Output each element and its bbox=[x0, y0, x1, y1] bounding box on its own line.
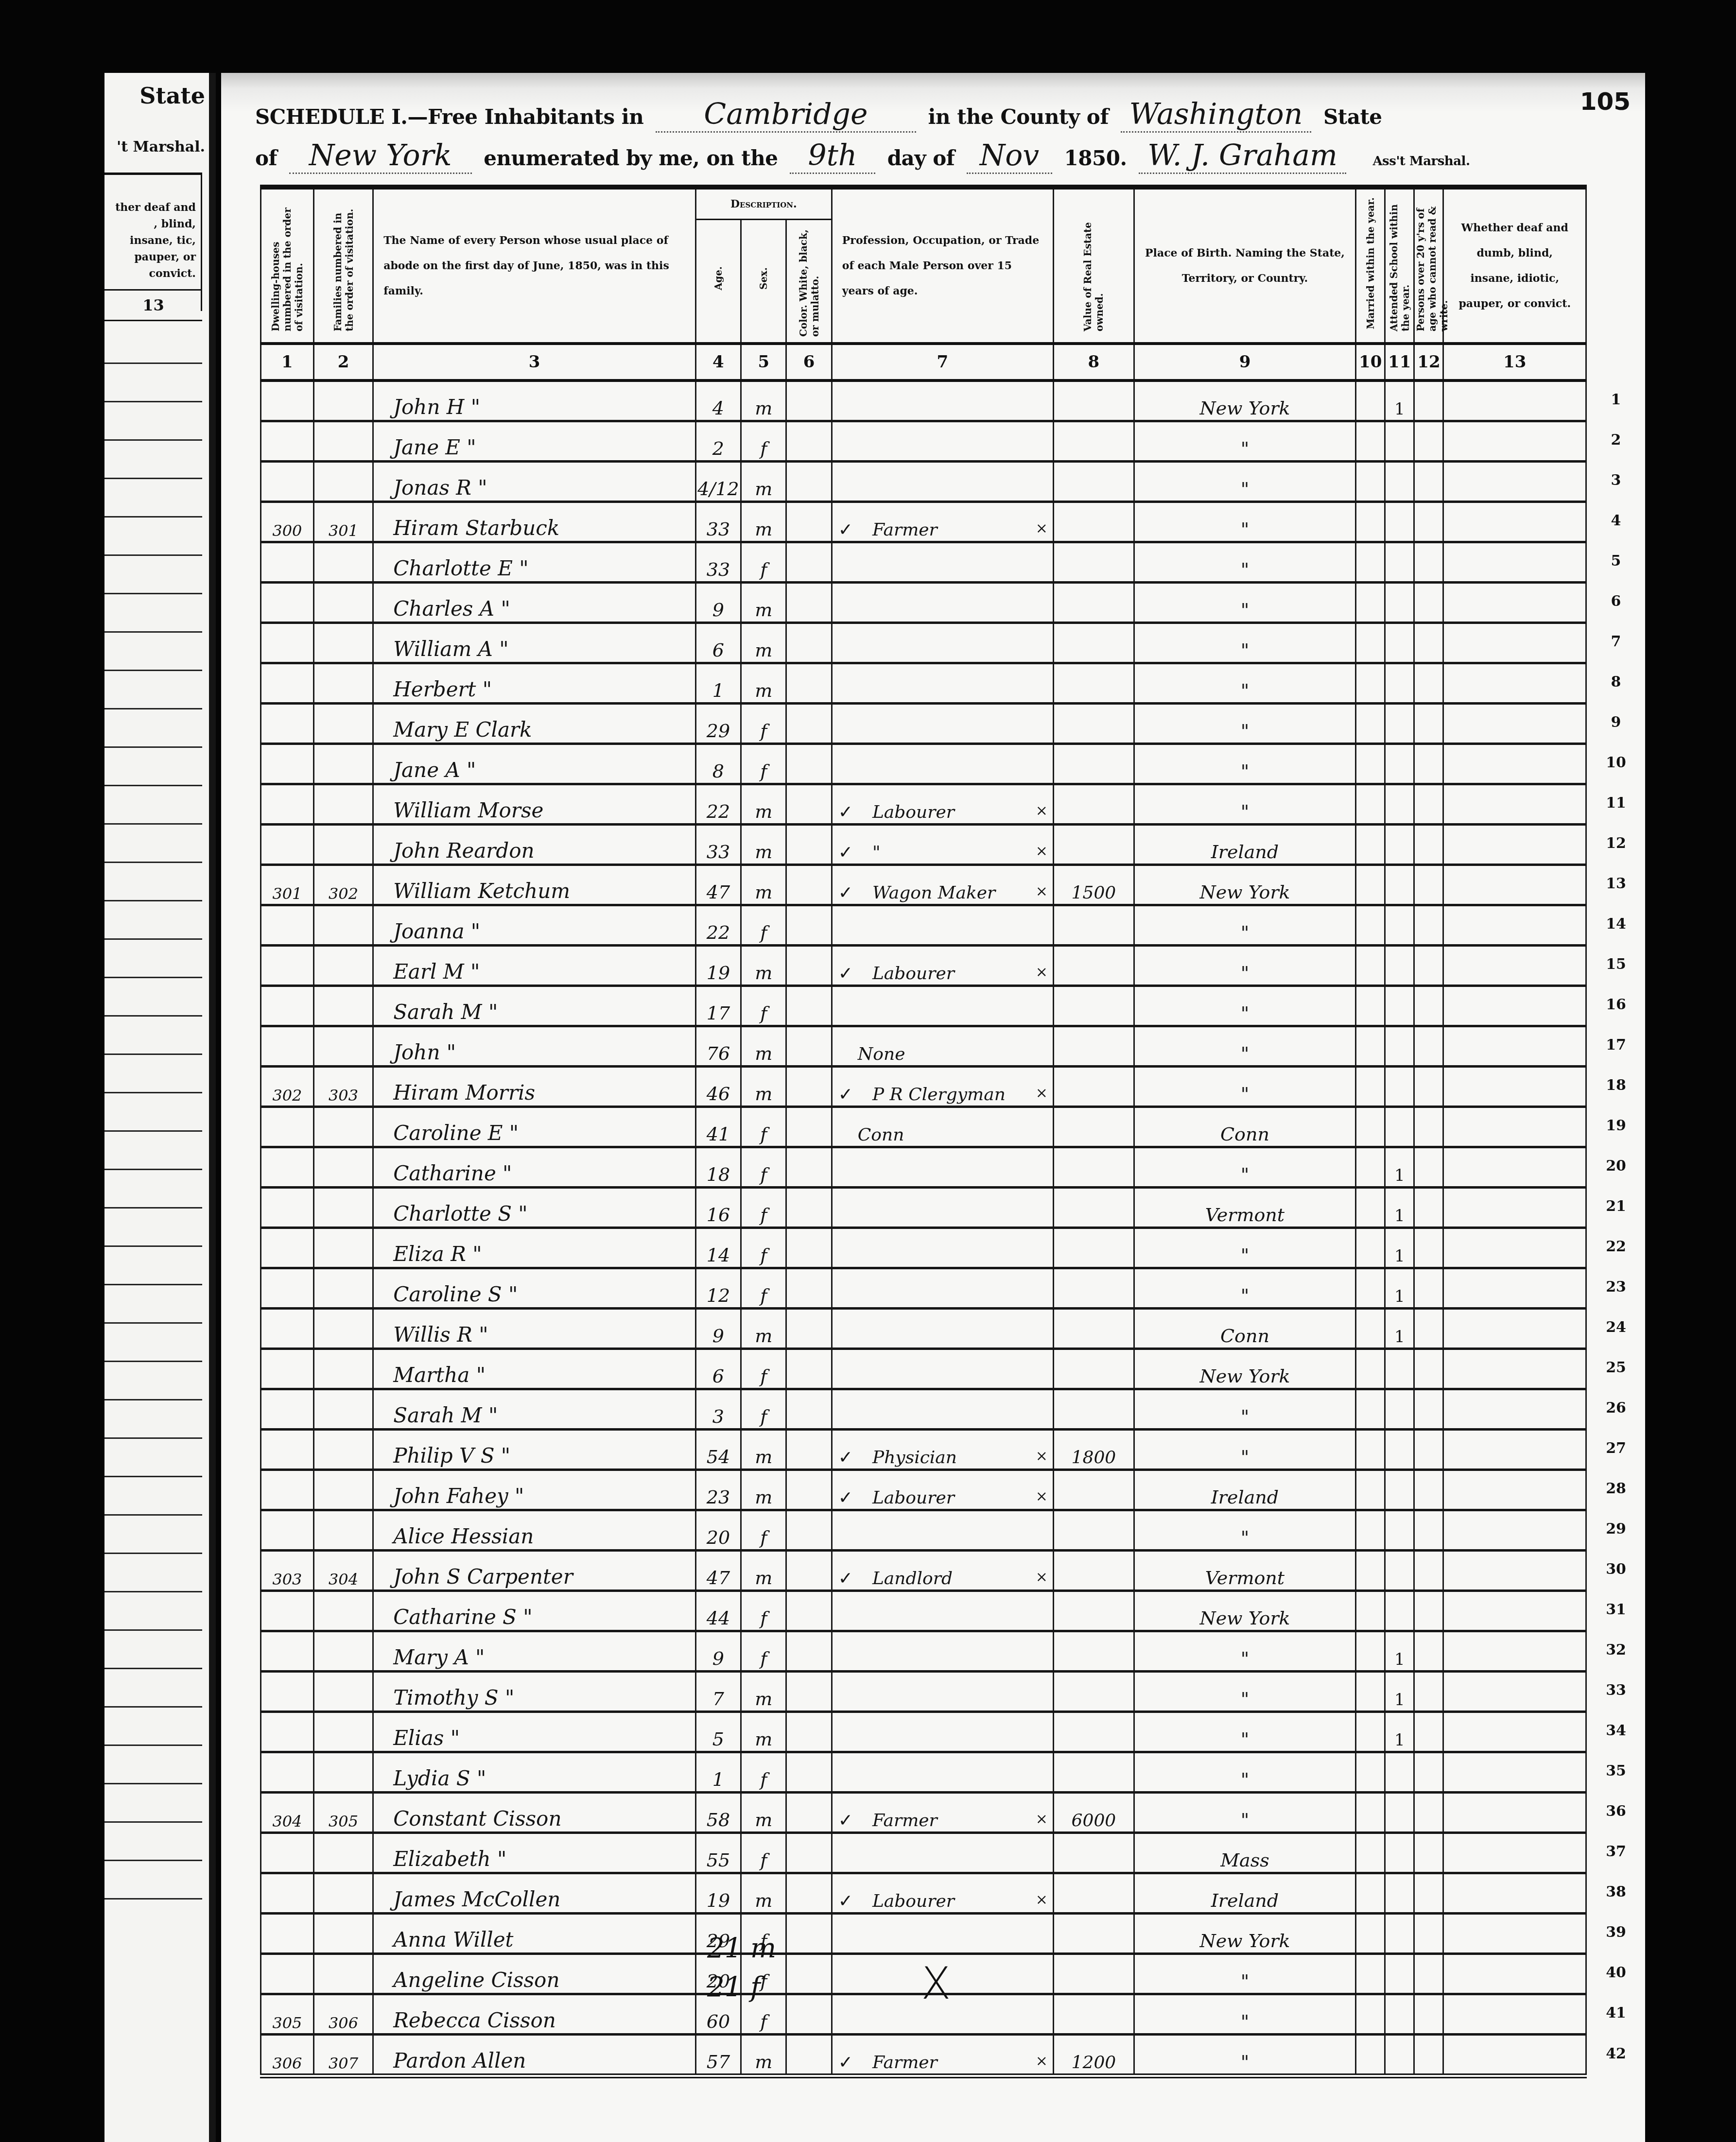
illiterate-cell bbox=[1414, 1793, 1443, 1833]
married-cell bbox=[1356, 986, 1385, 1026]
family-cell bbox=[313, 1914, 373, 1954]
sex-cell: m bbox=[741, 462, 786, 502]
birthplace-cell: " bbox=[1134, 986, 1355, 1026]
occupation-cell bbox=[832, 986, 1053, 1026]
illiterate-cell bbox=[1414, 1309, 1443, 1349]
sex-cell: m bbox=[741, 1470, 786, 1510]
family-cell bbox=[313, 380, 373, 421]
name-cell: Rebecca Cisson bbox=[373, 1994, 696, 2035]
married-cell bbox=[1356, 784, 1385, 825]
name-cell: Alice Hessian bbox=[373, 1510, 696, 1551]
age-cell: 33 bbox=[695, 542, 741, 583]
col-number: 5 bbox=[741, 344, 786, 380]
school-cell bbox=[1385, 1470, 1414, 1510]
age-cell: 33 bbox=[695, 825, 741, 865]
x-mark-icon: × bbox=[1036, 520, 1048, 537]
sex-cell: f bbox=[741, 1631, 786, 1672]
table-row: Herbert "1m" bbox=[261, 663, 1586, 704]
disability-cell bbox=[1443, 986, 1586, 1026]
name-cell: Elias " bbox=[373, 1712, 696, 1752]
sex-cell: f bbox=[741, 1228, 786, 1268]
census-page: SCHEDULE I.—Free Inhabitants in Cambridg… bbox=[221, 73, 1645, 2142]
real-estate-cell bbox=[1053, 1591, 1134, 1631]
disability-cell bbox=[1443, 1914, 1586, 1954]
disability-cell bbox=[1443, 462, 1586, 502]
occupation-cell bbox=[832, 663, 1053, 704]
married-cell bbox=[1356, 1591, 1385, 1631]
check-mark-icon: ✓ bbox=[838, 802, 853, 822]
sex-cell: f bbox=[741, 1147, 786, 1188]
real-estate-cell bbox=[1053, 583, 1134, 623]
sex-cell: m bbox=[741, 1067, 786, 1107]
school-cell bbox=[1385, 462, 1414, 502]
sex-cell: f bbox=[741, 1349, 786, 1389]
marshal-label: Ass't Marshal. bbox=[1372, 154, 1470, 169]
x-mark-icon: × bbox=[1036, 1811, 1048, 1828]
occupation-cell bbox=[832, 1914, 1053, 1954]
illiterate-cell bbox=[1414, 1228, 1443, 1268]
line-number: 3 bbox=[1597, 472, 1635, 489]
name-cell: Herbert " bbox=[373, 663, 696, 704]
county-label: in the County of bbox=[928, 105, 1109, 129]
school-cell bbox=[1385, 704, 1414, 744]
table-row: 300301Hiram Starbuck33m✓Farmer×" bbox=[261, 502, 1586, 542]
color-cell bbox=[786, 1430, 832, 1470]
birthplace-cell: " bbox=[1134, 1268, 1355, 1309]
table-row: William A "6m" bbox=[261, 623, 1586, 663]
age-cell: 12 bbox=[695, 1268, 741, 1309]
age-cell: 19 bbox=[695, 946, 741, 986]
disability-cell bbox=[1443, 502, 1586, 542]
illiterate-cell bbox=[1414, 1873, 1443, 1914]
age-cell: 55 bbox=[695, 1833, 741, 1873]
sex-cell: m bbox=[741, 623, 786, 663]
tally-female: 21 f bbox=[707, 1968, 776, 2007]
real-estate-cell bbox=[1053, 1107, 1134, 1147]
name-cell: Anna Willet bbox=[373, 1914, 696, 1954]
line-number: 12 bbox=[1597, 835, 1635, 852]
line-number: 11 bbox=[1597, 795, 1635, 812]
real-estate-cell bbox=[1053, 1994, 1134, 2035]
name-cell: Charles A " bbox=[373, 583, 696, 623]
occupation-cell: ✓Farmer× bbox=[832, 502, 1053, 542]
col-header-occupation: Profession, Occupation, or Trade of each… bbox=[832, 187, 1053, 344]
dwelling-cell bbox=[261, 1147, 314, 1188]
married-cell bbox=[1356, 421, 1385, 462]
color-cell bbox=[786, 462, 832, 502]
sex-cell: m bbox=[741, 1430, 786, 1470]
real-estate-cell bbox=[1053, 502, 1134, 542]
dwelling-cell bbox=[261, 380, 314, 421]
table-row: William Morse22m✓Labourer×" bbox=[261, 784, 1586, 825]
married-cell bbox=[1356, 744, 1385, 784]
dwelling-cell bbox=[261, 946, 314, 986]
line-number: 6 bbox=[1597, 593, 1635, 610]
color-cell bbox=[786, 1712, 832, 1752]
color-cell bbox=[786, 1631, 832, 1672]
stub-column-number: 13 bbox=[104, 289, 202, 321]
name-cell: Angeline Cisson bbox=[373, 1954, 696, 1994]
table-row: John H "4mNew York1 bbox=[261, 380, 1586, 421]
line-number: 20 bbox=[1597, 1157, 1635, 1175]
dwelling-cell bbox=[261, 1873, 314, 1914]
married-cell bbox=[1356, 865, 1385, 905]
table-row: 303304John S Carpenter47m✓Landlord×Vermo… bbox=[261, 1551, 1586, 1591]
real-estate-cell bbox=[1053, 744, 1134, 784]
dwelling-cell bbox=[261, 1268, 314, 1309]
col-header-disability: Whether deaf and dumb, blind, insane, id… bbox=[1443, 187, 1586, 344]
occupation-text: Conn bbox=[858, 1125, 904, 1145]
birthplace-cell: " bbox=[1134, 1389, 1355, 1430]
school-cell bbox=[1385, 1389, 1414, 1430]
sex-cell: m bbox=[741, 1672, 786, 1712]
sex-cell: f bbox=[741, 1188, 786, 1228]
real-estate-cell bbox=[1053, 663, 1134, 704]
dwelling-cell bbox=[261, 1591, 314, 1631]
real-estate-cell bbox=[1053, 784, 1134, 825]
married-cell bbox=[1356, 1026, 1385, 1067]
table-row: Philip V S "54m✓Physician×1800" bbox=[261, 1430, 1586, 1470]
age-cell: 9 bbox=[695, 1631, 741, 1672]
age-cell: 22 bbox=[695, 784, 741, 825]
married-cell bbox=[1356, 1470, 1385, 1510]
dwelling-cell bbox=[261, 421, 314, 462]
col-header-illiterate: Persons over 20 y'rs of age who cannot r… bbox=[1414, 187, 1443, 344]
dwelling-cell bbox=[261, 1430, 314, 1470]
sex-cell: f bbox=[741, 744, 786, 784]
name-cell: Mary E Clark bbox=[373, 704, 696, 744]
birthplace-cell: " bbox=[1134, 462, 1355, 502]
real-estate-cell bbox=[1053, 1268, 1134, 1309]
tally-mark: X bbox=[921, 1958, 951, 2009]
name-cell: Caroline E " bbox=[373, 1107, 696, 1147]
occupation-cell bbox=[832, 1389, 1053, 1430]
family-cell bbox=[313, 704, 373, 744]
dwelling-cell bbox=[261, 1349, 314, 1389]
color-cell bbox=[786, 1510, 832, 1551]
disability-cell bbox=[1443, 623, 1586, 663]
disability-cell bbox=[1443, 825, 1586, 865]
sex-cell: f bbox=[741, 1389, 786, 1430]
married-cell bbox=[1356, 1873, 1385, 1914]
occupation-text: P R Clergyman bbox=[872, 1085, 1006, 1105]
sex-cell: m bbox=[741, 1873, 786, 1914]
school-cell bbox=[1385, 1551, 1414, 1591]
color-cell bbox=[786, 1268, 832, 1309]
occupation-cell bbox=[832, 1268, 1053, 1309]
birthplace-cell: " bbox=[1134, 542, 1355, 583]
color-cell bbox=[786, 502, 832, 542]
family-cell bbox=[313, 1510, 373, 1551]
dwelling-cell: 306 bbox=[261, 2035, 314, 2076]
name-cell: John Fahey " bbox=[373, 1470, 696, 1510]
family-cell bbox=[313, 1188, 373, 1228]
family-cell bbox=[313, 1672, 373, 1712]
family-cell bbox=[313, 744, 373, 784]
occupation-cell bbox=[832, 380, 1053, 421]
table-row: 306307Pardon Allen57m✓Farmer×1200" bbox=[261, 2035, 1586, 2076]
sex-cell: f bbox=[741, 905, 786, 946]
married-cell bbox=[1356, 2035, 1385, 2076]
sex-cell: m bbox=[741, 1309, 786, 1349]
name-cell: Elizabeth " bbox=[373, 1833, 696, 1873]
name-cell: Jane E " bbox=[373, 421, 696, 462]
age-cell: 1 bbox=[695, 1752, 741, 1793]
occupation-cell bbox=[832, 462, 1053, 502]
disability-cell bbox=[1443, 1712, 1586, 1752]
real-estate-cell bbox=[1053, 905, 1134, 946]
age-cell: 14 bbox=[695, 1228, 741, 1268]
month-field: Nov bbox=[967, 138, 1052, 174]
col-number: 13 bbox=[1443, 344, 1586, 380]
real-estate-cell bbox=[1053, 1349, 1134, 1389]
illiterate-cell bbox=[1414, 663, 1443, 704]
table-row: Eliza R "14f"1 bbox=[261, 1228, 1586, 1268]
real-estate-cell bbox=[1053, 1389, 1134, 1430]
illiterate-cell bbox=[1414, 1994, 1443, 2035]
check-mark-icon: ✓ bbox=[838, 1569, 853, 1589]
line-number: 9 bbox=[1597, 714, 1635, 731]
sex-cell: m bbox=[741, 784, 786, 825]
disability-cell bbox=[1443, 1631, 1586, 1672]
disability-cell bbox=[1443, 1793, 1586, 1833]
dwelling-cell bbox=[261, 663, 314, 704]
table-row: Joanna "22f" bbox=[261, 905, 1586, 946]
sex-cell: f bbox=[741, 1833, 786, 1873]
illiterate-cell bbox=[1414, 1107, 1443, 1147]
birthplace-cell: " bbox=[1134, 1793, 1355, 1833]
occupation-text: Labourer bbox=[872, 1891, 955, 1911]
occupation-text: Farmer bbox=[872, 520, 937, 540]
occupation-cell: ✓Landlord× bbox=[832, 1551, 1053, 1591]
name-cell: Catharine S " bbox=[373, 1591, 696, 1631]
birthplace-cell: Conn bbox=[1134, 1309, 1355, 1349]
name-cell: Charlotte S " bbox=[373, 1188, 696, 1228]
sex-cell: f bbox=[741, 421, 786, 462]
school-cell bbox=[1385, 2035, 1414, 2076]
color-cell bbox=[786, 421, 832, 462]
name-cell: Caroline S " bbox=[373, 1268, 696, 1309]
disability-cell bbox=[1443, 1309, 1586, 1349]
col-header-description: Description. bbox=[695, 187, 832, 220]
age-cell: 57 bbox=[695, 2035, 741, 2076]
line-number: 14 bbox=[1597, 916, 1635, 933]
school-cell bbox=[1385, 1994, 1414, 2035]
line-number: 10 bbox=[1597, 754, 1635, 771]
school-cell bbox=[1385, 1833, 1414, 1873]
birthplace-cell: " bbox=[1134, 905, 1355, 946]
dwelling-cell: 304 bbox=[261, 1793, 314, 1833]
dwelling-cell bbox=[261, 1672, 314, 1712]
color-cell bbox=[786, 744, 832, 784]
table-row: John Fahey "23m✓Labourer×Ireland bbox=[261, 1470, 1586, 1510]
married-cell bbox=[1356, 1793, 1385, 1833]
line-number: 13 bbox=[1597, 875, 1635, 892]
header-line-1: SCHEDULE I.—Free Inhabitants in Cambridg… bbox=[255, 97, 1382, 133]
occupation-text: Labourer bbox=[872, 1488, 955, 1508]
name-cell: Catharine " bbox=[373, 1147, 696, 1188]
school-cell bbox=[1385, 1752, 1414, 1793]
real-estate-cell bbox=[1053, 421, 1134, 462]
sex-cell: f bbox=[741, 1107, 786, 1147]
page-number: 105 bbox=[1580, 87, 1631, 116]
illiterate-cell bbox=[1414, 1914, 1443, 1954]
occupation-cell: ✓Physician× bbox=[832, 1430, 1053, 1470]
school-cell bbox=[1385, 1793, 1414, 1833]
birthplace-cell: " bbox=[1134, 1631, 1355, 1672]
dwelling-cell bbox=[261, 1470, 314, 1510]
family-cell bbox=[313, 421, 373, 462]
occupation-cell: ✓"× bbox=[832, 825, 1053, 865]
birthplace-cell: New York bbox=[1134, 1914, 1355, 1954]
color-cell bbox=[786, 1954, 832, 1994]
school-cell bbox=[1385, 1107, 1414, 1147]
dwelling-cell bbox=[261, 583, 314, 623]
name-cell: John S Carpenter bbox=[373, 1551, 696, 1591]
real-estate-cell bbox=[1053, 623, 1134, 663]
family-cell bbox=[313, 623, 373, 663]
x-mark-icon: × bbox=[1036, 843, 1048, 860]
family-cell bbox=[313, 462, 373, 502]
illiterate-cell bbox=[1414, 1672, 1443, 1712]
tally: 21 m 21 f bbox=[707, 1929, 776, 2007]
dwelling-cell: 302 bbox=[261, 1067, 314, 1107]
color-cell bbox=[786, 1873, 832, 1914]
real-estate-cell bbox=[1053, 1672, 1134, 1712]
line-number: 33 bbox=[1597, 1682, 1635, 1699]
birthplace-cell: " bbox=[1134, 2035, 1355, 2076]
family-cell: 302 bbox=[313, 865, 373, 905]
table-row: John Reardon33m✓"×Ireland bbox=[261, 825, 1586, 865]
col-header-birthplace: Place of Birth. Naming the State, Territ… bbox=[1134, 187, 1355, 344]
line-number: 34 bbox=[1597, 1722, 1635, 1739]
real-estate-cell: 1500 bbox=[1053, 865, 1134, 905]
real-estate-cell bbox=[1053, 542, 1134, 583]
col-header-family: Families numbered in the order of visita… bbox=[313, 187, 373, 344]
sex-cell: m bbox=[741, 825, 786, 865]
disability-cell bbox=[1443, 1833, 1586, 1873]
sex-cell: f bbox=[741, 704, 786, 744]
age-cell: 17 bbox=[695, 986, 741, 1026]
real-estate-cell bbox=[1053, 1712, 1134, 1752]
married-cell bbox=[1356, 1309, 1385, 1349]
married-cell bbox=[1356, 704, 1385, 744]
family-cell bbox=[313, 1309, 373, 1349]
illiterate-cell bbox=[1414, 623, 1443, 663]
family-cell bbox=[313, 583, 373, 623]
birthplace-cell: " bbox=[1134, 1026, 1355, 1067]
school-cell: 1 bbox=[1385, 1712, 1414, 1752]
school-cell bbox=[1385, 905, 1414, 946]
check-mark-icon: ✓ bbox=[838, 1488, 853, 1508]
disability-cell bbox=[1443, 1349, 1586, 1389]
x-mark-icon: × bbox=[1036, 1085, 1048, 1102]
occupation-cell: ✓Labourer× bbox=[832, 946, 1053, 986]
occupation-cell bbox=[832, 1752, 1053, 1793]
dwelling-cell bbox=[261, 1752, 314, 1793]
married-cell bbox=[1356, 1712, 1385, 1752]
occupation-cell bbox=[832, 1309, 1053, 1349]
name-cell: John " bbox=[373, 1026, 696, 1067]
married-cell bbox=[1356, 1914, 1385, 1954]
table-row: Lydia S "1f" bbox=[261, 1752, 1586, 1793]
sex-cell: f bbox=[741, 1591, 786, 1631]
real-estate-cell bbox=[1053, 1551, 1134, 1591]
sex-cell: m bbox=[741, 1712, 786, 1752]
table-row: Caroline S "12f"1 bbox=[261, 1268, 1586, 1309]
disability-cell bbox=[1443, 784, 1586, 825]
family-cell bbox=[313, 1147, 373, 1188]
occupation-text: None bbox=[858, 1044, 905, 1064]
birthplace-cell: " bbox=[1134, 784, 1355, 825]
age-cell: 6 bbox=[695, 623, 741, 663]
age-cell: 19 bbox=[695, 1873, 741, 1914]
age-cell: 16 bbox=[695, 1188, 741, 1228]
real-estate-cell bbox=[1053, 1914, 1134, 1954]
married-cell bbox=[1356, 663, 1385, 704]
age-cell: 76 bbox=[695, 1026, 741, 1067]
line-number: 22 bbox=[1597, 1238, 1635, 1255]
birthplace-cell: " bbox=[1134, 502, 1355, 542]
name-cell: William Ketchum bbox=[373, 865, 696, 905]
occupation-cell bbox=[832, 1228, 1053, 1268]
married-cell bbox=[1356, 1833, 1385, 1873]
previous-page-stub: State 't Marshal. ther deaf and , blind,… bbox=[104, 73, 216, 2142]
school-cell bbox=[1385, 865, 1414, 905]
line-number: 19 bbox=[1597, 1117, 1635, 1134]
illiterate-cell bbox=[1414, 905, 1443, 946]
birthplace-cell: " bbox=[1134, 583, 1355, 623]
school-cell bbox=[1385, 1430, 1414, 1470]
school-cell: 1 bbox=[1385, 1631, 1414, 1672]
table-row: 302303Hiram Morris46m✓P R Clergyman×" bbox=[261, 1067, 1586, 1107]
illiterate-cell bbox=[1414, 784, 1443, 825]
birthplace-cell: " bbox=[1134, 1752, 1355, 1793]
age-cell: 47 bbox=[695, 865, 741, 905]
line-number: 31 bbox=[1597, 1601, 1635, 1618]
real-estate-cell bbox=[1053, 1067, 1134, 1107]
real-estate-cell bbox=[1053, 1510, 1134, 1551]
illiterate-cell bbox=[1414, 1349, 1443, 1389]
line-number: 32 bbox=[1597, 1641, 1635, 1658]
dwelling-cell bbox=[261, 462, 314, 502]
real-estate-cell bbox=[1053, 1873, 1134, 1914]
sex-cell: m bbox=[741, 1026, 786, 1067]
age-cell: 3 bbox=[695, 1389, 741, 1430]
column-number-row: 1 2 3 4 5 6 7 8 9 10 11 12 13 bbox=[261, 344, 1586, 380]
col-header-name: The Name of every Person whose usual pla… bbox=[373, 187, 696, 344]
disability-cell bbox=[1443, 542, 1586, 583]
married-cell bbox=[1356, 1551, 1385, 1591]
real-estate-cell bbox=[1053, 1470, 1134, 1510]
age-cell: 29 bbox=[695, 704, 741, 744]
table-row: 301302William Ketchum47m✓Wagon Maker×150… bbox=[261, 865, 1586, 905]
disability-cell bbox=[1443, 865, 1586, 905]
occupation-cell bbox=[832, 1631, 1053, 1672]
line-number: 1 bbox=[1597, 391, 1635, 408]
color-cell bbox=[786, 986, 832, 1026]
age-cell: 33 bbox=[695, 502, 741, 542]
color-cell bbox=[786, 1349, 832, 1389]
birthplace-cell: Vermont bbox=[1134, 1188, 1355, 1228]
table-row: Charlotte S "16fVermont1 bbox=[261, 1188, 1586, 1228]
name-cell: Jonas R " bbox=[373, 462, 696, 502]
marshal-signature: W. J. Graham bbox=[1139, 138, 1346, 174]
illiterate-cell bbox=[1414, 1147, 1443, 1188]
col-number: 6 bbox=[786, 344, 832, 380]
x-mark-icon: × bbox=[1036, 883, 1048, 900]
name-cell: Earl M " bbox=[373, 946, 696, 986]
